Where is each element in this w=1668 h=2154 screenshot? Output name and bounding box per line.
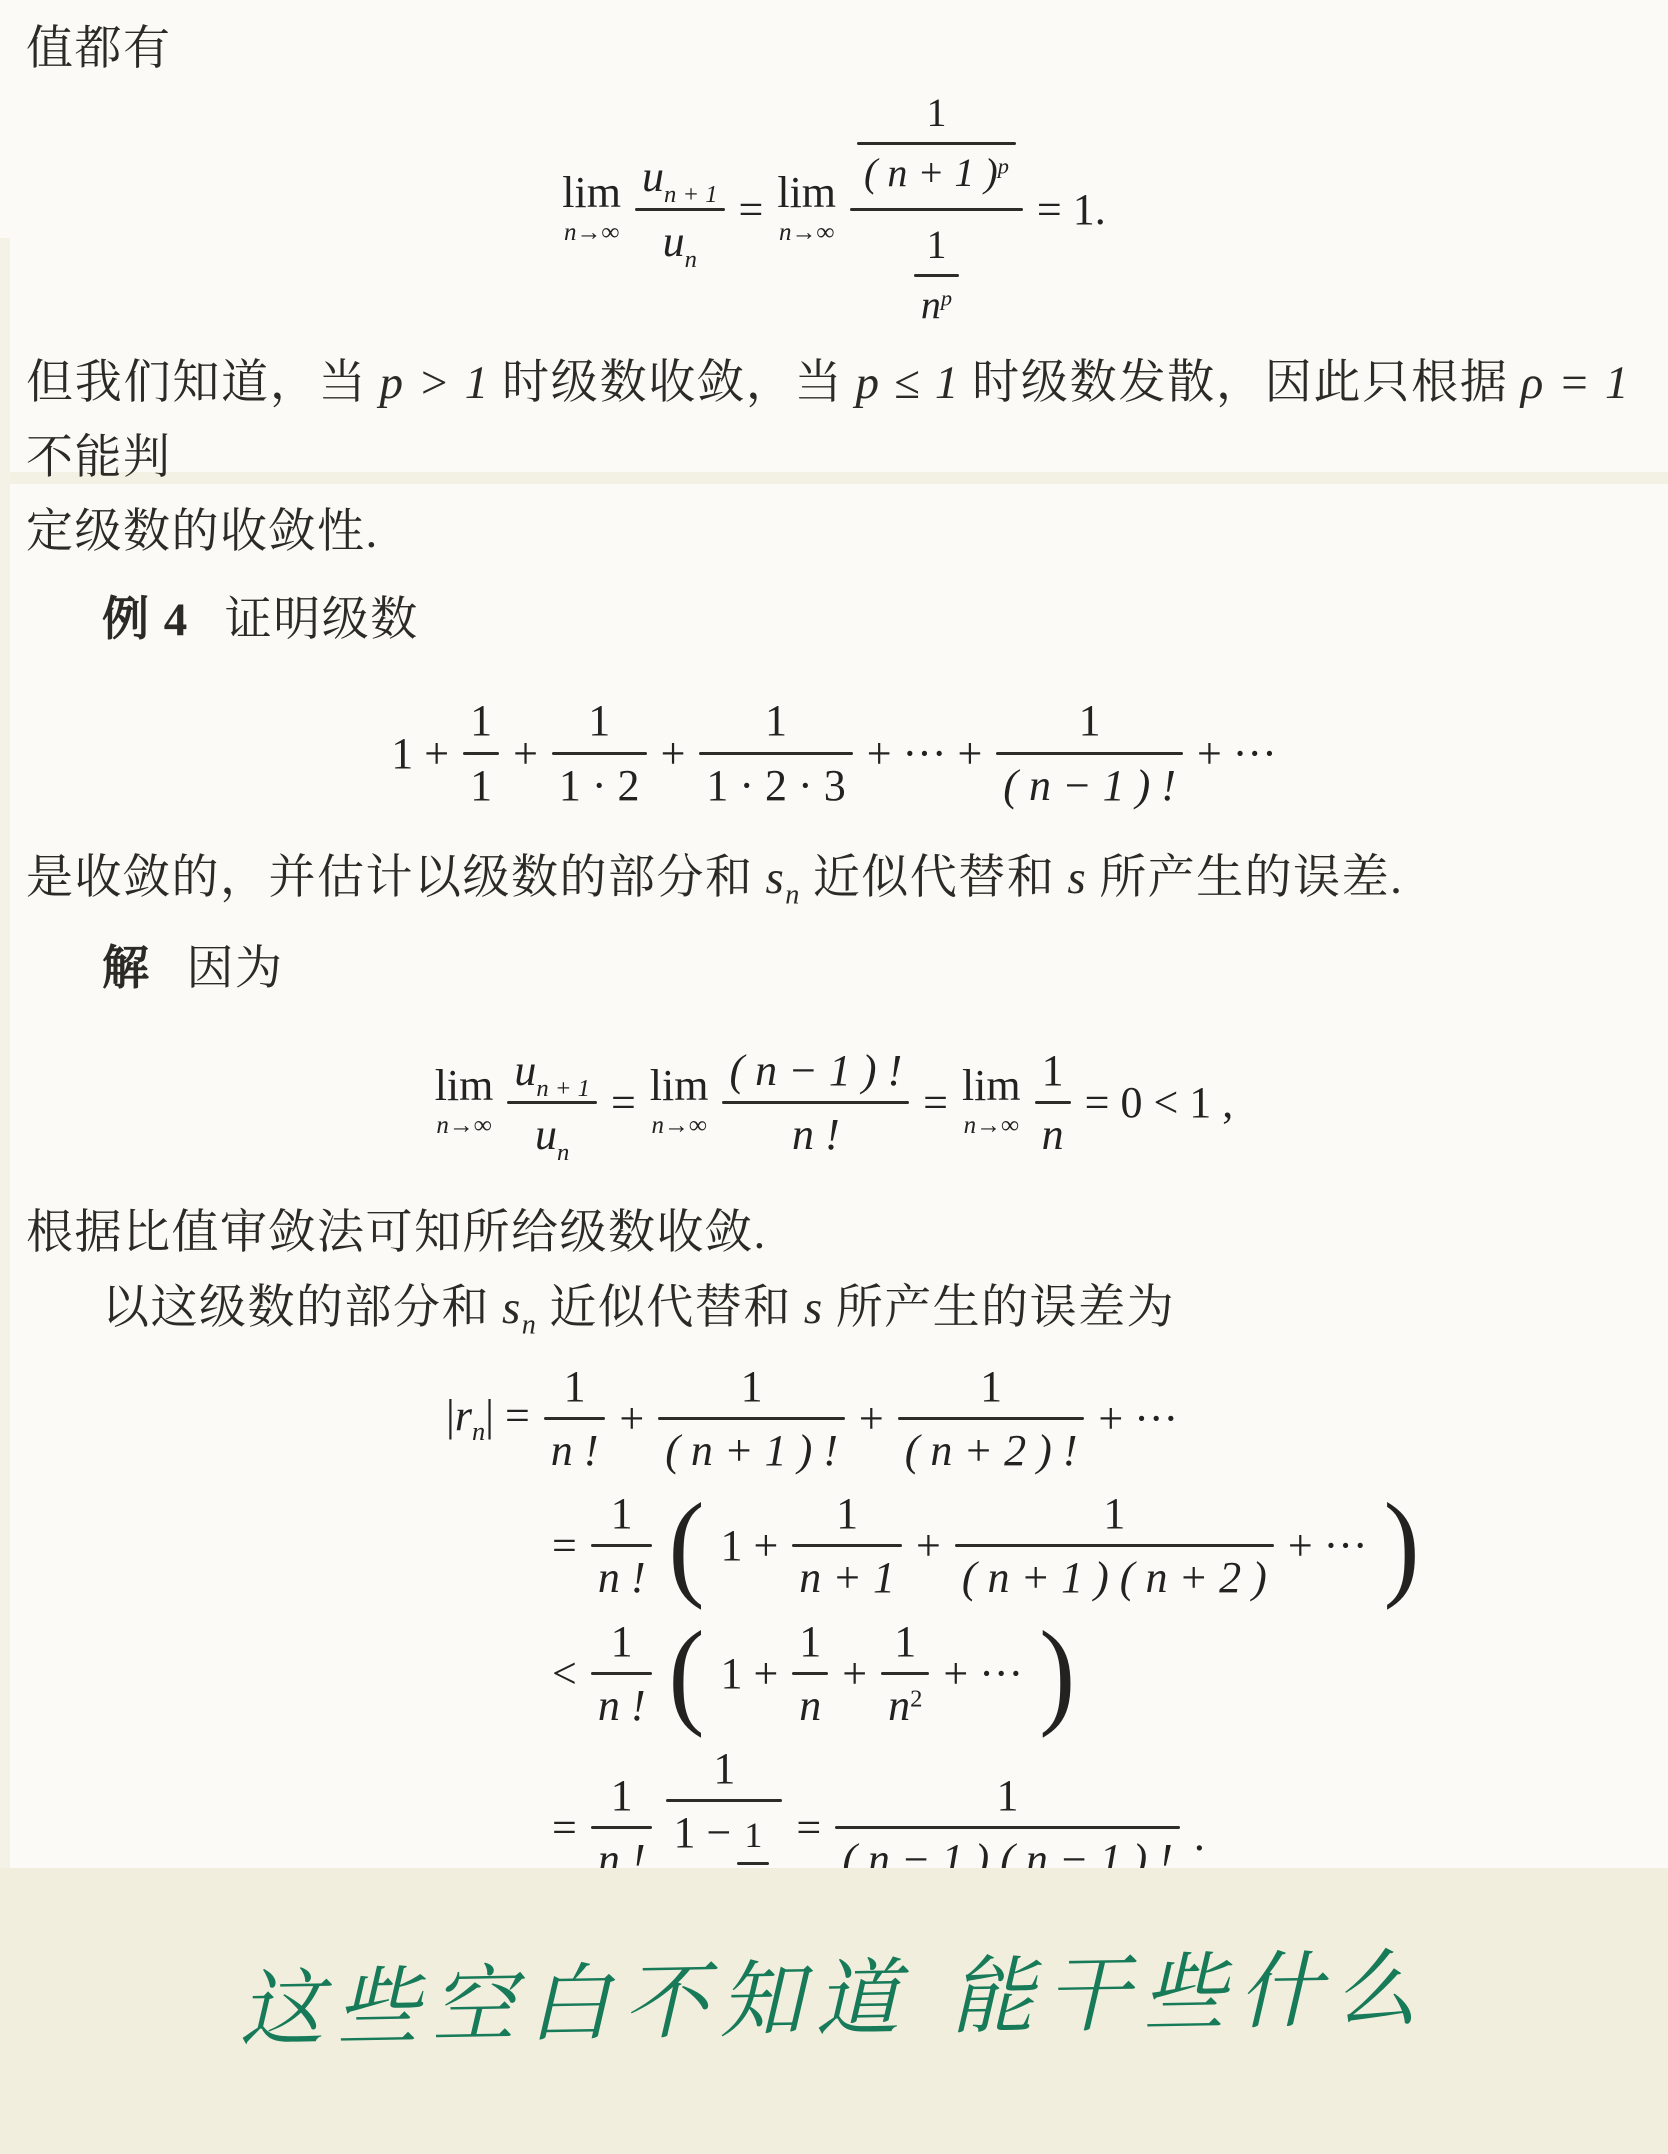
- series-formula: 1 + 1 1 + 1 1 · 2 + 1 1 · 2 · 3: [0, 679, 1668, 827]
- numerator: 1: [604, 1771, 640, 1820]
- fraction-one-over-n: 1 n: [1035, 1046, 1071, 1160]
- numerator: 1: [792, 1617, 828, 1666]
- textbook-page: 值都有 lim n→∞ un + 1 un = lim n→∞: [0, 0, 1668, 2154]
- math-expr: ( n − 1 ) ( n − 1 ) !: [842, 1835, 1173, 1868]
- fraction: 1 ( n + 2 ) !: [898, 1362, 1085, 1476]
- math-var: u: [663, 217, 685, 266]
- solution-text: 因为: [187, 943, 284, 995]
- fraction-bar: [1035, 1101, 1071, 1104]
- text-segment: 近似代替和: [549, 1282, 792, 1334]
- plus-sign: +: [619, 1393, 644, 1444]
- math-var: s: [1067, 852, 1087, 904]
- less-than-sign: <: [552, 1648, 577, 1699]
- denominator: ( n + 2 ) !: [898, 1426, 1085, 1475]
- math-superscript: p: [941, 285, 952, 310]
- math-expr: n !: [598, 1553, 646, 1602]
- math-number: 1: [997, 1771, 1019, 1820]
- numerator: 1 ( n + 1 )p: [850, 85, 1023, 202]
- math-number: 1 +: [720, 1520, 778, 1571]
- fraction: 1 n !: [591, 1489, 653, 1603]
- plus-sign: +: [513, 728, 538, 779]
- fraction-bar: [835, 1826, 1180, 1829]
- fraction-bar: [881, 1672, 929, 1675]
- fraction: 1 1: [463, 696, 499, 810]
- fraction-outer: 1 ( n + 1 )p 1 np: [850, 85, 1023, 333]
- math-var: n: [1042, 1110, 1064, 1159]
- fraction-bar: [792, 1544, 902, 1547]
- p-series-limit-formula: lim n→∞ un + 1 un = lim n→∞ 1: [0, 90, 1668, 328]
- fraction: 1 n !: [591, 1771, 653, 1868]
- denominator: n + 1: [792, 1553, 902, 1602]
- math-number: 1 · 2: [559, 761, 640, 810]
- fraction-bar: [666, 1799, 782, 1802]
- fraction: 1 n !: [591, 1617, 653, 1731]
- limit-operator: lim n→∞: [962, 1064, 1021, 1140]
- math-var: n: [921, 283, 941, 328]
- fraction: 1 n: [792, 1617, 828, 1731]
- math-number: 1: [741, 1362, 763, 1411]
- dots-tail: + ···: [943, 1648, 1023, 1699]
- limit-operator: lim n→∞: [562, 171, 621, 247]
- solution-label: 解: [102, 943, 151, 995]
- printed-page-area: 值都有 lim n→∞ un + 1 un = lim n→∞: [0, 0, 1668, 1868]
- left-paren: (: [668, 1492, 704, 1599]
- right-paren: ): [1384, 1492, 1420, 1599]
- equals-sign: =: [611, 1077, 636, 1128]
- math-number: 1: [799, 1617, 821, 1666]
- fraction: 1 n + 1: [792, 1489, 902, 1603]
- math-number: 1 −: [673, 1808, 731, 1857]
- fraction-geometric-sum: 1 1 − 1 n: [666, 1744, 782, 1868]
- inline-s: s: [1067, 852, 1087, 904]
- text-segment: 时级数发散，因此只根据: [972, 357, 1509, 409]
- math-number: 1: [611, 1489, 633, 1538]
- numerator: 1: [463, 696, 499, 745]
- derivation-line-1: |rn| = 1 n ! + 1 ( n + 1 ) ! + 1: [446, 1362, 1668, 1476]
- text-segment: 以这级数的部分和: [102, 1282, 490, 1334]
- page-content: 值都有 lim n→∞ un + 1 un = lim n→∞: [0, 12, 1668, 1868]
- denominator: un: [656, 217, 704, 266]
- error-intro: 以这级数的部分和sn近似代替和s所产生的误差为: [102, 1271, 1642, 1348]
- math-number: 1: [470, 696, 492, 745]
- numerator: 1: [557, 1362, 593, 1411]
- math-number: 1: [926, 223, 946, 268]
- ratio-limit-formula: lim n→∞ un + 1 un = lim n→∞ ( n − 1 ) ! …: [0, 1022, 1668, 1182]
- left-paren: (: [668, 1620, 704, 1727]
- numerator: ( n − 1 ) !: [722, 1046, 909, 1095]
- math-expr: n !: [598, 1835, 646, 1868]
- fraction-bar: [898, 1417, 1085, 1420]
- fraction-bar: [955, 1544, 1274, 1547]
- fraction-factorial: ( n − 1 ) ! n !: [722, 1046, 909, 1160]
- abs-bar-equals: | =: [485, 1391, 530, 1440]
- math-var: s: [804, 1282, 824, 1334]
- fraction-inner: 1 ( n + 1 )p: [857, 91, 1016, 196]
- math-subscript: n: [785, 880, 801, 911]
- equals-sign: =: [923, 1077, 948, 1128]
- math-expr: n !: [551, 1426, 599, 1475]
- denominator: n: [792, 1681, 828, 1730]
- lim-subscript: n→∞: [964, 1112, 1019, 1140]
- math-var: r: [455, 1391, 472, 1440]
- math-var: s: [766, 852, 786, 904]
- math-superscript: 2: [910, 1685, 922, 1713]
- math-expr: ( n − 1 ) !: [729, 1046, 902, 1095]
- dots-tail: + ···: [1098, 1393, 1178, 1444]
- numerator: 1: [919, 223, 953, 268]
- dots-plus: + ··· +: [867, 728, 983, 779]
- denominator: n !: [591, 1553, 653, 1602]
- math-expr: n !: [598, 1681, 646, 1730]
- math-number: 1: [713, 1744, 735, 1793]
- fraction-inner: 1 np: [914, 223, 959, 328]
- math-expr: n + 1: [799, 1553, 895, 1602]
- plus-sign: +: [842, 1648, 867, 1699]
- math-number: 1: [836, 1489, 858, 1538]
- result-text: = 0 < 1 ,: [1085, 1077, 1234, 1128]
- denominator: un: [528, 1110, 576, 1159]
- fraction-result: 1 ( n − 1 ) ( n − 1 ) !: [835, 1771, 1180, 1868]
- numerator: 1: [973, 1362, 1009, 1411]
- numerator: 1: [1072, 696, 1108, 745]
- remainder-derivation: |rn| = 1 n ! + 1 ( n + 1 ) ! + 1: [0, 1362, 1668, 1868]
- equals-sign: =: [739, 184, 764, 235]
- lim-subscript: n→∞: [436, 1112, 491, 1140]
- denominator: n !: [591, 1681, 653, 1730]
- series-description: 是收敛的，并估计以级数的部分和sn近似代替和s所产生的误差.: [26, 841, 1642, 918]
- lim-subscript: n→∞: [564, 219, 619, 247]
- fraction-bar: [857, 142, 1016, 145]
- math-number: 1: [564, 1362, 586, 1411]
- math-number: 1: [926, 91, 946, 136]
- math-superscript: p: [998, 154, 1009, 179]
- math-number: 1: [1103, 1489, 1125, 1538]
- derivation-line-2: = 1 n ! ( 1 + 1 n + 1 + 1: [552, 1489, 1668, 1603]
- inline-math-p-gt-1: p > 1: [379, 357, 489, 409]
- fraction-bar: [591, 1672, 653, 1675]
- fraction: 1 ( n + 1 ) !: [658, 1362, 845, 1476]
- numerator: 1: [1096, 1489, 1132, 1538]
- math-var: u: [535, 1110, 557, 1159]
- math-var: u: [642, 152, 664, 201]
- denominator: 1 · 2 · 3: [699, 761, 852, 810]
- fraction: 1 ( n − 1 ) !: [996, 696, 1183, 810]
- text-segment: 所产生的误差为: [836, 1282, 1176, 1334]
- math-expr: n !: [792, 1110, 840, 1159]
- numerator: 1: [604, 1617, 640, 1666]
- text-segment: 所产生的误差.: [1099, 852, 1403, 904]
- denominator: n2: [881, 1681, 929, 1730]
- math-number: 1: [1042, 1046, 1064, 1095]
- denominator: ( n + 1 )p: [857, 151, 1016, 196]
- numerator: 1: [604, 1489, 640, 1538]
- dots-tail: + ···: [1288, 1520, 1368, 1571]
- equals-sign: =: [552, 1520, 577, 1571]
- derivation-line-3: < 1 n ! ( 1 + 1 n + 1: [552, 1617, 1668, 1731]
- denominator: ( n + 1 ) ( n + 2 ): [955, 1553, 1274, 1602]
- denominator: n !: [544, 1426, 606, 1475]
- lim-word: lim: [962, 1064, 1021, 1108]
- math-expr: ( n + 1 ) !: [665, 1426, 838, 1475]
- math-var: n: [888, 1681, 910, 1730]
- inline-s-n: sn: [766, 852, 801, 904]
- denominator: n: [1035, 1110, 1071, 1159]
- lim-word: lim: [435, 1064, 494, 1108]
- math-subscript: n + 1: [536, 1075, 590, 1103]
- lim-word: lim: [650, 1064, 709, 1108]
- fraction-bar: [463, 752, 499, 755]
- text-segment: 但我们知道，当: [26, 357, 367, 409]
- fraction-bar: [544, 1417, 606, 1420]
- numerator: 1: [829, 1489, 865, 1538]
- numerator: 1: [919, 91, 953, 136]
- fraction-bar: [591, 1544, 653, 1547]
- fraction-bar: [658, 1417, 845, 1420]
- lim-word: lim: [562, 171, 621, 215]
- ratio-test-conclusion: 根据比值审敛法可知所给级数收敛.: [26, 1196, 1642, 1270]
- fraction-nested: 1 n: [737, 1815, 769, 1868]
- text-segment: 不能判: [26, 432, 172, 484]
- numerator: 1: [990, 1771, 1026, 1820]
- fraction: 1 n2: [881, 1617, 929, 1731]
- math-number: 1: [1079, 696, 1101, 745]
- abs-bar: |: [446, 1391, 455, 1440]
- math-number: 1 +: [720, 1648, 778, 1699]
- lim-subscript: n→∞: [651, 1112, 706, 1140]
- math-number: 1: [588, 696, 610, 745]
- math-subscript: n + 1: [664, 182, 718, 210]
- text-segment: 时级数收敛，当: [502, 357, 844, 409]
- fraction: 1 ( n + 1 ) ( n + 2 ): [955, 1489, 1274, 1603]
- intro-text: 值都有: [26, 12, 1642, 86]
- inline-s: s: [804, 1282, 824, 1334]
- text-segment: 是收敛的，并估计以级数的部分和: [26, 852, 754, 904]
- inline-s-n: sn: [502, 1282, 537, 1334]
- math-expr: ( n + 1 ) ( n + 2 ): [962, 1553, 1267, 1602]
- fraction-bar: [699, 752, 852, 755]
- plus-sign: +: [661, 728, 686, 779]
- blank-margin-area: 这些空白不知道 能干些什么: [0, 1868, 1668, 2154]
- fraction: 1 1 · 2: [552, 696, 647, 810]
- result-text: = 1.: [1037, 184, 1106, 235]
- fraction-bar: [792, 1672, 828, 1675]
- numerator: 1: [758, 696, 794, 745]
- math-number: 1: [980, 1362, 1002, 1411]
- lim-word: lim: [777, 171, 836, 215]
- right-paren: ): [1039, 1620, 1075, 1727]
- fraction-bar: [996, 752, 1183, 755]
- fraction-bar: [722, 1101, 909, 1104]
- example4-heading: 例 4证明级数: [102, 583, 1642, 657]
- math-subscript: n: [472, 1416, 485, 1446]
- lim-subscript: n→∞: [779, 219, 834, 247]
- numerator: 1: [737, 1815, 769, 1855]
- math-number: 1: [611, 1617, 633, 1666]
- math-number: 1: [744, 1815, 762, 1855]
- period: .: [1194, 1810, 1205, 1861]
- limit-operator: lim n→∞: [650, 1064, 709, 1140]
- fraction-bar: [914, 274, 959, 277]
- math-number: 1: [611, 1771, 633, 1820]
- denominator: n !: [785, 1110, 847, 1159]
- math-subscript: n: [522, 1309, 538, 1340]
- numerator: un + 1: [507, 1046, 597, 1095]
- math-number: 1 +: [391, 728, 449, 779]
- fraction-bar: [591, 1826, 653, 1829]
- equals-sign: =: [552, 1802, 577, 1853]
- denominator: ( n − 1 ) ( n − 1 ) !: [835, 1835, 1180, 1868]
- numerator: un + 1: [635, 152, 725, 201]
- limit-operator: lim n→∞: [435, 1064, 494, 1140]
- fraction: 1 1 · 2 · 3: [699, 696, 852, 810]
- derivation-line-4: = 1 n ! 1 1 − 1: [552, 1744, 1668, 1868]
- dots-tail: + ···: [1197, 728, 1277, 779]
- numerator: 1: [1035, 1046, 1071, 1095]
- denominator: ( n − 1 ) !: [996, 761, 1183, 810]
- math-expr: ( n + 1 ): [864, 151, 998, 196]
- inline-math-p-le-1: p ≤ 1: [855, 357, 959, 409]
- math-subscript: n: [557, 1139, 569, 1167]
- denominator: np: [914, 283, 959, 328]
- math-var: n: [799, 1681, 821, 1730]
- math-number: 1: [894, 1617, 916, 1666]
- plus-sign: +: [859, 1393, 884, 1444]
- numerator: 1: [706, 1744, 742, 1793]
- numerator: 1: [887, 1617, 923, 1666]
- denominator: 1 np: [907, 217, 966, 334]
- numerator: 1: [734, 1362, 770, 1411]
- inline-math-rho-eq-1: ρ = 1: [1521, 357, 1630, 409]
- fraction-bar: [850, 208, 1023, 211]
- limit-operator: lim n→∞: [777, 171, 836, 247]
- equals-sign: =: [796, 1802, 821, 1853]
- example-title: 证明级数: [225, 594, 419, 646]
- math-number: 1 · 2 · 3: [706, 761, 845, 810]
- ratio-inconclusive-line2: 定级数的收敛性.: [26, 495, 1642, 569]
- solution-heading: 解因为: [102, 932, 1642, 1006]
- text-segment: 近似代替和: [813, 852, 1056, 904]
- example-label: 例 4: [102, 594, 189, 646]
- math-number: 1: [470, 761, 492, 810]
- numerator: 1: [581, 696, 617, 745]
- math-var: s: [502, 1282, 522, 1334]
- denominator: 1: [463, 761, 499, 810]
- fraction-u-ratio: un + 1 un: [507, 1046, 597, 1160]
- math-number: 1: [765, 696, 787, 745]
- fraction-bar: [737, 1862, 769, 1865]
- ratio-inconclusive-paragraph: 但我们知道，当p > 1时级数收敛，当p ≤ 1时级数发散，因此只根据ρ = 1…: [26, 346, 1642, 495]
- fraction: 1 n !: [544, 1362, 606, 1476]
- math-subscript: n: [685, 246, 697, 274]
- denominator: 1 − 1 n: [666, 1808, 782, 1868]
- abs-r-n: |rn| =: [446, 1390, 530, 1447]
- fraction-u-ratio: un + 1 un: [635, 152, 725, 266]
- math-expr: ( n − 1 ) !: [1003, 761, 1176, 810]
- denominator: ( n + 1 ) !: [658, 1426, 845, 1475]
- math-var: u: [514, 1046, 536, 1095]
- handwritten-note: 这些空白不知道 能干些什么: [238, 1922, 1431, 2064]
- fraction-bar: [552, 752, 647, 755]
- plus-sign: +: [916, 1520, 941, 1571]
- denominator: 1 · 2: [552, 761, 647, 810]
- math-expr: ( n + 2 ) !: [905, 1426, 1078, 1475]
- denominator: n !: [591, 1835, 653, 1868]
